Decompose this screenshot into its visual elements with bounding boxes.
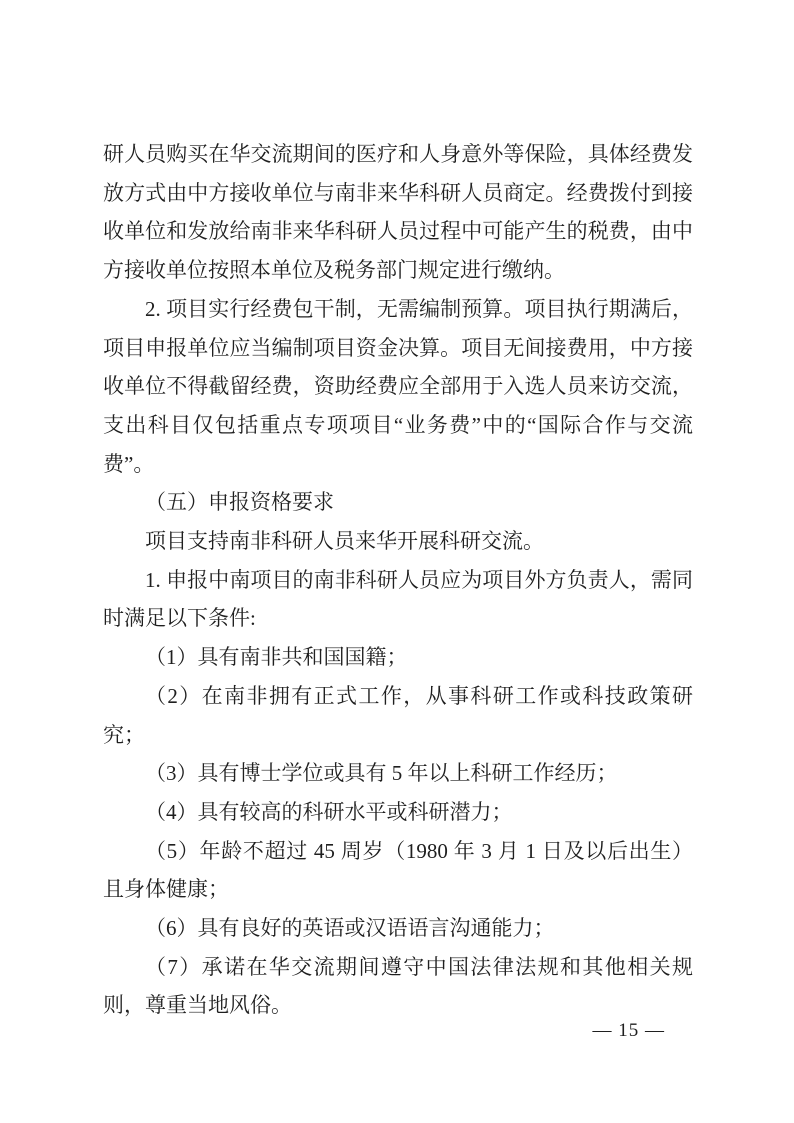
list-item-1-nationality: （1）具有南非共和国国籍； [103, 638, 693, 677]
list-item-6-language-skills: （6）具有良好的英语或汉语语言沟通能力； [103, 909, 693, 948]
paragraph-lump-sum-budget-rule: 2. 项目实行经费包干制，无需编制预算。项目执行期满后，项目申报单位应当编制项目… [103, 290, 693, 484]
paragraph-project-support-statement: 项目支持南非科研人员来华开展科研交流。 [103, 522, 693, 561]
list-item-2-employment: （2）在南非拥有正式工作，从事科研工作或科技政策研究； [103, 677, 693, 754]
paragraph-applicant-lead-conditions-intro: 1. 申报中南项目的南非科研人员应为项目外方负责人，需同时满足以下条件: [103, 561, 693, 638]
list-item-4-research-level: （4）具有较高的科研水平或科研潜力； [103, 793, 693, 832]
section-heading-application-eligibility: （五）申报资格要求 [103, 483, 693, 522]
page-number: — 15 — [593, 1020, 666, 1041]
page-footer: — 15 — [570, 998, 666, 1064]
list-item-5-age-health: （5）年龄不超过 45 周岁（1980 年 3 月 1 日及以后出生）且身体健康… [103, 832, 693, 909]
list-item-3-degree-or-experience: （3）具有博士学位或具有 5 年以上科研工作经历； [103, 754, 693, 793]
paragraph-insurance-funding-continuation: 研人员购买在华交流期间的医疗和人身意外等保险，具体经费发放方式由中方接收单位与南… [103, 135, 693, 290]
document-body: 研人员购买在华交流期间的医疗和人身意外等保险，具体经费发放方式由中方接收单位与南… [103, 135, 693, 1025]
document-page: 研人员购买在华交流期间的医疗和人身意外等保险，具体经费发放方式由中方接收单位与南… [0, 0, 794, 1123]
